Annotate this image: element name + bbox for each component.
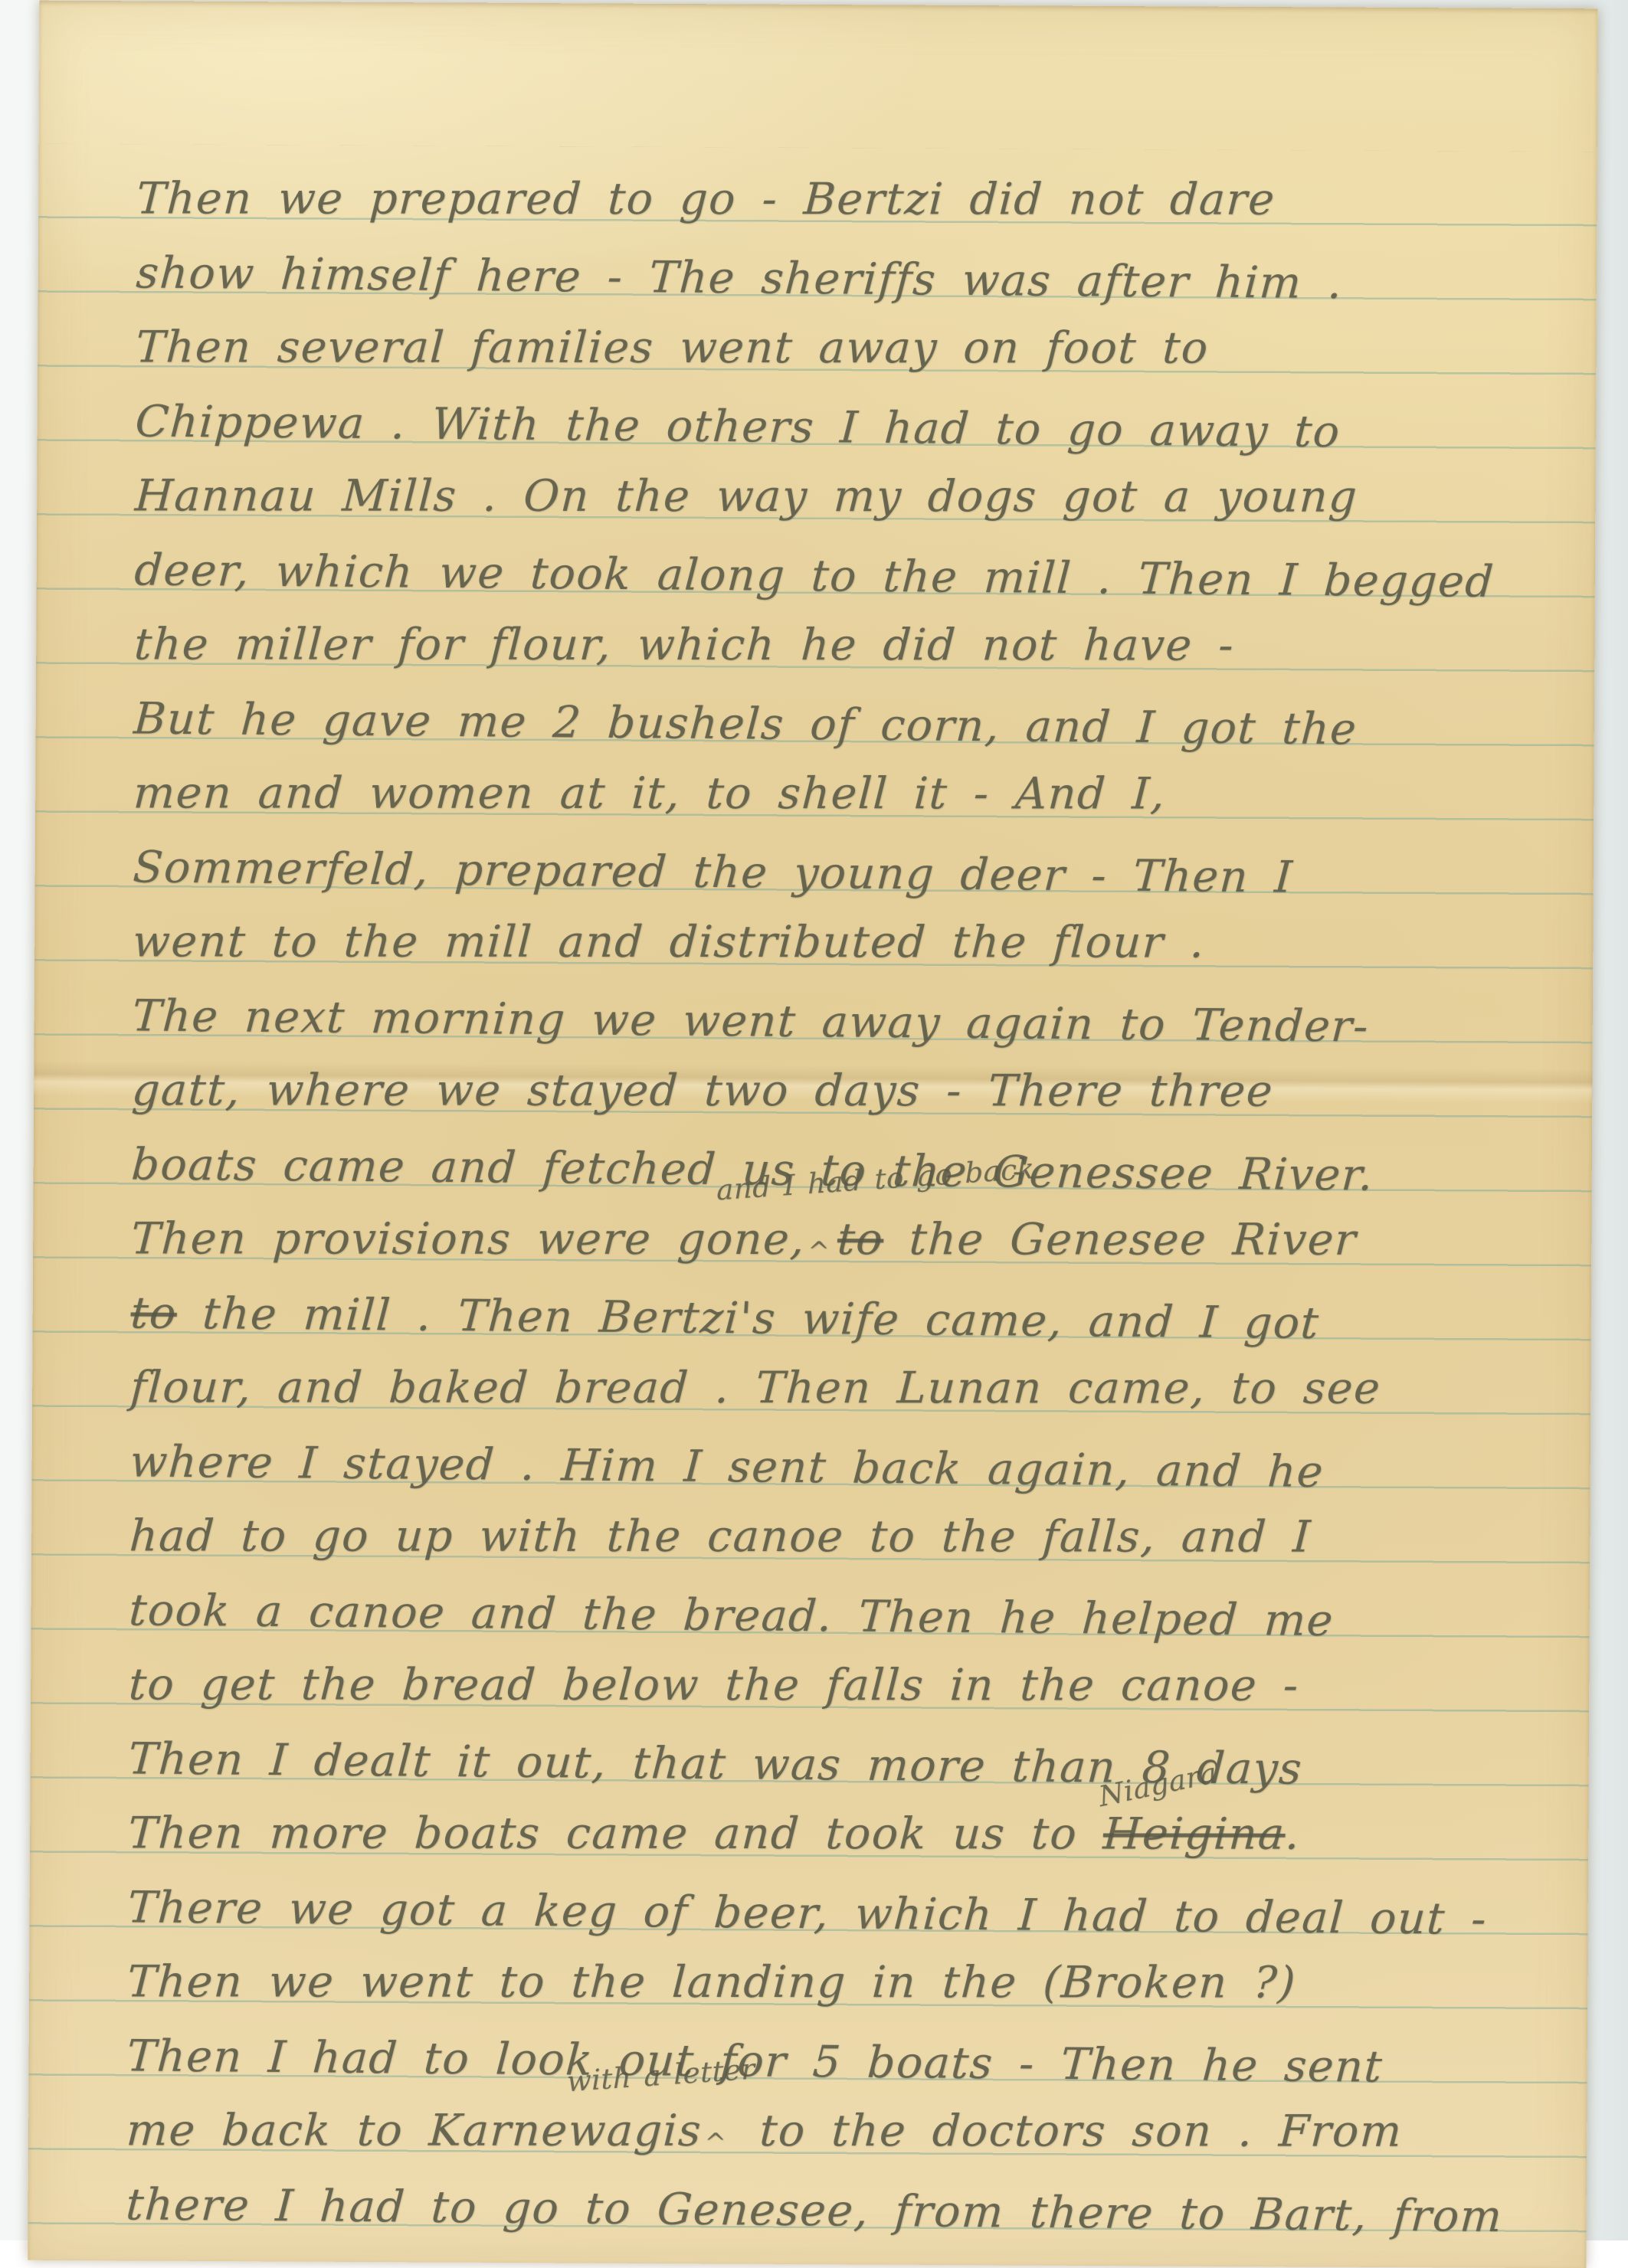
- handwriting-segment: there I had to go to Genesee, from there…: [125, 2179, 1505, 2240]
- handwriting-segment-text: Then more boats came and took us to: [126, 1808, 1104, 1859]
- handwriting-segment: Then several families went away on foot …: [134, 322, 1210, 373]
- handwriting-line: had to go up with the canoe to the falls…: [128, 1497, 1592, 1573]
- handwriting-segment: deer, which we took along to the mill . …: [133, 545, 1496, 607]
- handwriting-segment-text: Then we went to the landing in the (Brok…: [126, 1956, 1297, 2008]
- inserted-text-anchor: ^with a letter: [700, 2106, 735, 2156]
- strikethrough-word: to: [836, 1214, 885, 1265]
- handwriting-segment-text: the mill . Then Bertzi's wife came, and …: [175, 1288, 1321, 1349]
- handwriting-segment-text: there I had to go to Genesee, from there…: [125, 2179, 1505, 2240]
- handwriting-segment-text: gatt, where we stayed two days - There t…: [130, 1065, 1274, 1116]
- handwriting-segment-text: .: [1284, 1809, 1302, 1860]
- handwriting-segment: to the doctors son . From: [732, 2106, 1404, 2157]
- handwriting-segment-text: Sommerfeld, prepared the young deer - Th…: [132, 842, 1295, 902]
- inserted-text-anchor: ^and I had to go back: [804, 1214, 839, 1265]
- handwriting-segment-text: Chippewa . With the others I had to go a…: [134, 396, 1342, 457]
- handwriting-segment: took a canoe and the bread. Then he help…: [128, 1585, 1335, 1646]
- handwriting-segment: the Genesee River: [882, 1214, 1358, 1265]
- letter-page: Then we prepared to go - Bertzi did not …: [28, 1, 1597, 2240]
- interline-insertion: with a letter: [566, 2031, 755, 2122]
- handwriting-segment: .: [1284, 1809, 1302, 1860]
- strikethrough-word: to: [129, 1288, 179, 1339]
- strikethrough-word: HeiginaNiagara: [1102, 1808, 1286, 1859]
- handwriting-segment: The next morning we went away again to T…: [131, 990, 1371, 1052]
- handwriting-segment: men and women at it, to shell it - And I…: [132, 767, 1167, 819]
- handwriting-segment-text: The next morning we went away again to T…: [131, 990, 1371, 1052]
- handwriting-segment-text: went to the mill and distributed the flo…: [131, 916, 1206, 967]
- handwriting-segment-text: where I stayed . Him I sent back again, …: [129, 1436, 1325, 1497]
- handwriting-segment: But he gave me 2 bushels of corn, and I …: [133, 693, 1359, 754]
- handwriting-segment-text: took a canoe and the bread. Then he help…: [128, 1585, 1335, 1646]
- handwriting-line: went to the mill and distributed the flo…: [131, 902, 1595, 978]
- handwriting-line: Hannau Mills . On the way my dogs got a …: [133, 457, 1597, 532]
- handwriting-segment: to get the bread below the falls in the …: [127, 1659, 1300, 1710]
- handwriting-segment: Then we went to the landing in the (Brok…: [126, 1956, 1297, 2008]
- handwriting-line: gatt, where we stayed two days - There t…: [130, 1051, 1594, 1127]
- handwriting-segment-text: But he gave me 2 bushels of corn, and I …: [133, 693, 1359, 754]
- handwriting-segment: gatt, where we stayed two days - There t…: [130, 1065, 1274, 1116]
- handwriting-segment: had to go up with the canoe to the falls…: [128, 1510, 1312, 1562]
- handwriting-segment-text: had to go up with the canoe to the falls…: [128, 1510, 1312, 1562]
- handwriting-segment-text: Hannau Mills . On the way my dogs got a …: [133, 470, 1358, 522]
- handwriting-segment: There we got a keg of beer, which I had …: [126, 1882, 1489, 1944]
- handwriting-segment-text: the Genesee River: [882, 1214, 1358, 1265]
- scanner-background: Then we prepared to go - Bertzi did not …: [0, 0, 1628, 2240]
- handwriting-segment: the mill . Then Bertzi's wife came, and …: [175, 1288, 1321, 1349]
- handwriting-line: Then several families went away on foot …: [134, 308, 1598, 384]
- handwriting-segment-text: flour, and baked bread . Then Lunan came…: [129, 1362, 1382, 1413]
- handwriting-segment: Hannau Mills . On the way my dogs got a …: [133, 470, 1358, 522]
- handwriting-segment: Chippewa . With the others I had to go a…: [134, 396, 1342, 457]
- handwriting-line: men and women at it, to shell it - And I…: [132, 754, 1596, 830]
- handwriting-line: Then more boats came and took us to Heig…: [126, 1794, 1590, 1870]
- caret-mark: ^: [703, 2128, 728, 2158]
- handwriting-segment-text: to the doctors son . From: [732, 2106, 1404, 2157]
- handwriting-segment-text: Then we prepared to go - Bertzi did not …: [136, 173, 1277, 224]
- handwriting-segment-text: to: [129, 1288, 179, 1339]
- handwriting-line: to get the bread below the falls in the …: [127, 1645, 1591, 1721]
- handwriting-segment-text: Then provisions were gone,: [129, 1213, 806, 1265]
- handwriting-line: flour, and baked bread . Then Lunan came…: [129, 1348, 1593, 1424]
- handwriting-segment-text: to get the bread below the falls in the …: [127, 1659, 1300, 1710]
- handwriting-segment: Then provisions were gone,: [129, 1213, 806, 1265]
- handwriting-segment: went to the mill and distributed the flo…: [131, 916, 1206, 967]
- handwriting-segment-text: deer, which we took along to the mill . …: [133, 545, 1496, 607]
- handwriting-segment: show himself here - The sheriffs was aft…: [135, 247, 1345, 309]
- handwriting-segment-text: show himself here - The sheriffs was aft…: [135, 247, 1345, 309]
- handwriting-line: Then we went to the landing in the (Brok…: [126, 1942, 1590, 2018]
- handwriting-segment-text: to: [836, 1214, 885, 1265]
- handwriting-segment-text: Then several families went away on foot …: [134, 322, 1210, 373]
- handwriting-line: Then we prepared to go - Bertzi did not …: [135, 159, 1598, 235]
- handwriting-line: there I had to go to Genesee, from there…: [124, 2165, 1588, 2240]
- handwriting-segment-text: There we got a keg of beer, which I had …: [126, 1882, 1489, 1944]
- handwriting-line: Then provisions were gone,^and I had to …: [129, 1199, 1594, 1275]
- handwriting-segment: flour, and baked bread . Then Lunan came…: [129, 1362, 1382, 1413]
- handwriting-segment: Sommerfeld, prepared the young deer - Th…: [132, 842, 1295, 902]
- handwriting-line: the miller for flour, which he did not h…: [133, 605, 1597, 681]
- handwriting-segment: the miller for flour, which he did not h…: [133, 619, 1235, 670]
- handwriting-segment: Then we prepared to go - Bertzi did not …: [136, 173, 1277, 224]
- handwriting-text: Then we prepared to go - Bertzi did not …: [126, 159, 1596, 2240]
- handwriting-segment: Then more boats came and took us to: [126, 1808, 1104, 1859]
- caret-mark: ^: [807, 1236, 831, 1267]
- handwriting-segment-text: men and women at it, to shell it - And I…: [132, 767, 1167, 819]
- handwriting-segment: where I stayed . Him I sent back again, …: [129, 1436, 1325, 1497]
- handwriting-segment-text: the miller for flour, which he did not h…: [133, 619, 1235, 670]
- handwriting-line: me back to Karnewagis^with a letter to t…: [125, 2091, 1589, 2167]
